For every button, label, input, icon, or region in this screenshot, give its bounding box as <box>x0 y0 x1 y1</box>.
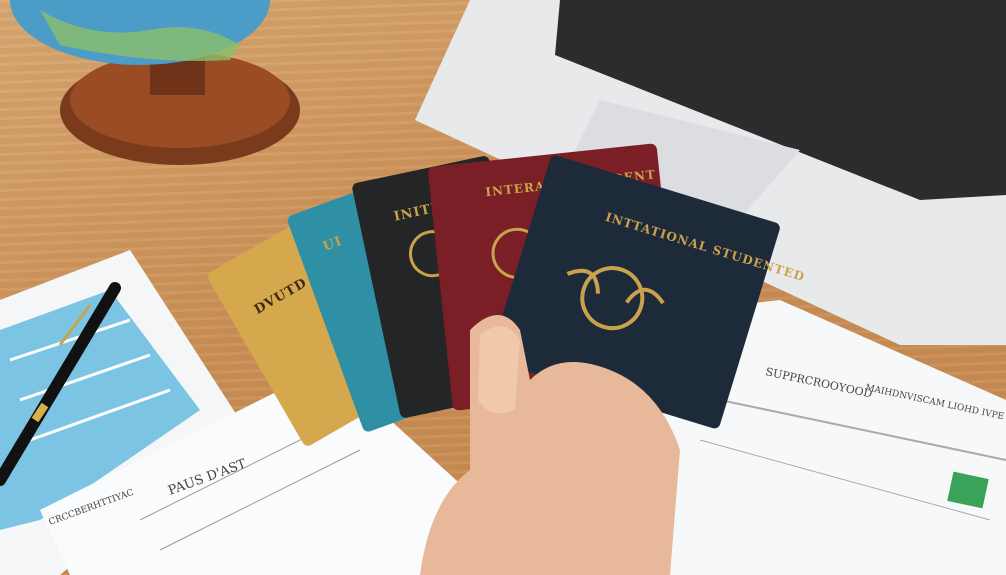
globe <box>10 0 300 165</box>
photo-scene: PAUS D'AST CRCCBERHTTIYAC SUPPRCROOYOOD … <box>0 0 1006 575</box>
